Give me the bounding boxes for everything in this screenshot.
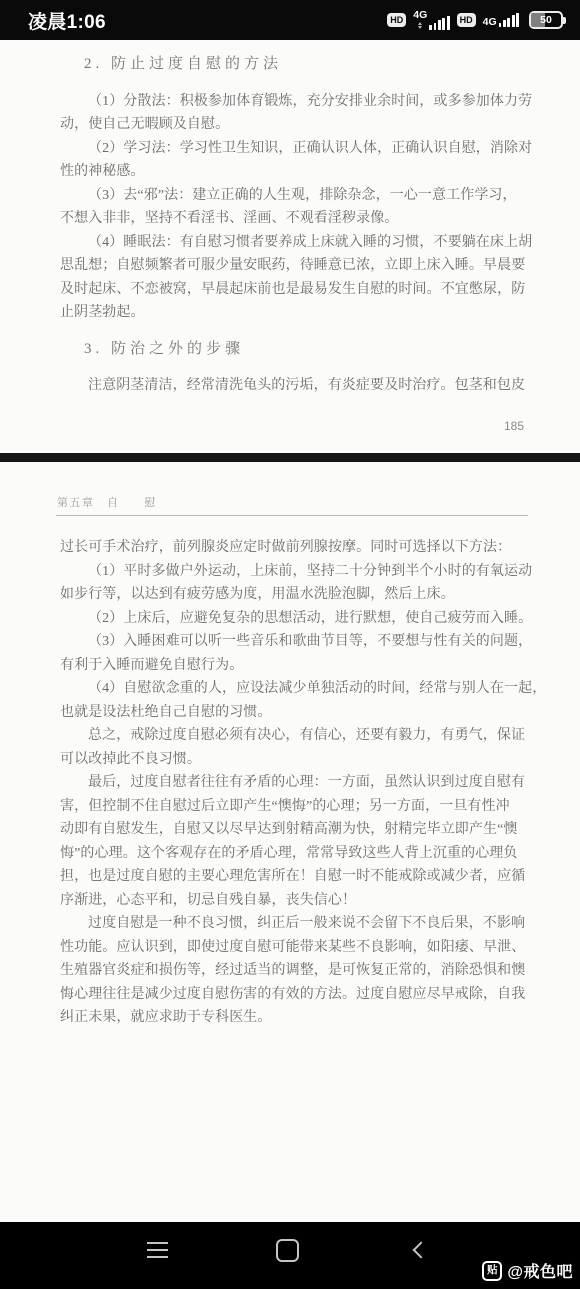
text-line: 性的神秘感。 bbox=[60, 160, 524, 184]
menu-button[interactable] bbox=[127, 1224, 187, 1276]
text-line: 过度自慰是一种不良习惯，纠正后一般来说不会留下不良后果，不影响 bbox=[60, 912, 524, 936]
text-line: 注意阴茎清洁，经常清洗龟头的污垢，有炎症要及时治疗。包茎和包皮 bbox=[60, 374, 524, 398]
signal-bars-icon-sim2 bbox=[499, 13, 519, 27]
text-line: 性功能。应认识到，即使过度自慰可能带来某些不良影响，如阳痿、早泄、 bbox=[60, 936, 524, 960]
status-bar: 凌晨1:06 HD 4G HD 4G 50 bbox=[0, 0, 580, 40]
text-line: 可以改掉此不良习惯。 bbox=[60, 748, 524, 772]
battery-nub bbox=[563, 17, 566, 24]
text-line: 纠正未果，就应求助于专科医生。 bbox=[60, 1006, 524, 1030]
text-line: （1）平时多做户外运动，上床前，坚持二十分钟到半个小时的有氧运动 bbox=[60, 560, 524, 584]
watermark-text: @戒色吧 bbox=[507, 1259, 573, 1282]
signal-bars-icon-sim1 bbox=[429, 16, 449, 30]
text-line: 悔”的心理。这个客观存在的矛盾心理，常常导致这些人背上沉重的心理负 bbox=[60, 842, 524, 866]
text-line: （2）学习法：学习性卫生知识，正确认识人体，正确认识自慰，消除对 bbox=[60, 137, 524, 161]
book-page-1[interactable]: 2. 防止过度自慰的方法（1）分散法：积极参加体育锻炼，充分安排业余时间，或多参… bbox=[0, 40, 580, 453]
text-line: 过长可手术治疗，前列腺炎应定时做前列腺按摩。同时可选择以下方法： bbox=[60, 536, 524, 560]
phone-screen: 凌晨1:06 HD 4G HD 4G 50 bbox=[0, 0, 580, 1289]
text-line: （3）去“邪”法：建立正确的人生观，排除杂念，一心一意工作学习， bbox=[60, 184, 524, 208]
hd-volte-icon-sim2: HD bbox=[457, 13, 476, 27]
text-line: 最后，过度自慰者往往有矛盾的心理：一方面，虽然认识到过度自慰有 bbox=[60, 771, 524, 795]
hd-volte-icon-sim1: HD bbox=[387, 13, 406, 27]
text-line: 思乱想；自慰频繁者可服少量安眠药，待睡意已浓，立即上床入睡。早晨要 bbox=[60, 254, 524, 278]
home-button[interactable] bbox=[257, 1224, 317, 1276]
page-divider bbox=[0, 453, 580, 462]
status-time: 凌晨1:06 bbox=[28, 7, 106, 34]
network-type-label-sim2: 4G bbox=[483, 17, 497, 28]
text-line: 也就是设法杜绝自己自慰的习惯。 bbox=[60, 701, 524, 725]
text-line: 如步行等，以达到有疲劳感为度，用温水洗脸泡脚，然后上床。 bbox=[60, 583, 524, 607]
battery-icon: 50 bbox=[529, 11, 563, 29]
text-line: 害，但控制不住自慰过后立即产生“懊悔”的心理；另一方面，一旦有性冲 bbox=[60, 795, 524, 819]
text-line: 及时起床、不恋被窝，早晨起床前也是最易发生自慰的时间。不宜憋尿，防 bbox=[60, 278, 524, 302]
page-number: 185 bbox=[504, 419, 524, 433]
text-line: （1）分散法：积极参加体育锻炼，充分安排业余时间，或多参加体力劳 bbox=[60, 90, 524, 114]
text-line: 2. 防止过度自慰的方法 bbox=[60, 53, 524, 77]
watermark: 贴 @戒色吧 bbox=[482, 1259, 573, 1282]
data-activity-arrows-icon bbox=[418, 22, 422, 30]
navigation-bar: 贴 @戒色吧 bbox=[0, 1222, 580, 1289]
text-line: （3）入睡困难可以听一些音乐和歌曲节目等，不要想与性有关的问题， bbox=[60, 630, 524, 654]
back-button[interactable] bbox=[389, 1224, 449, 1276]
text-line: 序渐进，心态平和，切忌自残自暴，丧失信心！ bbox=[60, 889, 524, 913]
page2-body: 过长可手术治疗，前列腺炎应定时做前列腺按摩。同时可选择以下方法：（1）平时多做户… bbox=[60, 536, 524, 1030]
text-line: 止阴茎勃起。 bbox=[60, 301, 524, 325]
network-type-label-sim1: 4G bbox=[413, 10, 427, 21]
book-page-2[interactable]: 第五章 自 慰 过长可手术治疗，前列腺炎应定时做前列腺按摩。同时可选择以下方法：… bbox=[0, 462, 580, 1222]
back-chevron-icon bbox=[413, 1242, 430, 1259]
text-line: （4）自慰欲念重的人，应设法减少单独活动的时间，经常与别人在一起， bbox=[60, 677, 524, 701]
home-icon bbox=[276, 1239, 299, 1262]
text-line: （4）睡眠法：有自慰习惯者要养成上床就入睡的习惯，不要躺在床上胡 bbox=[60, 231, 524, 255]
text-line: 不想入非非，坚持不看淫书、淫画、不观看淫秽录像。 bbox=[60, 207, 524, 231]
text-line: 悔心理往往是减少过度自慰伤害的有效的方法。过度自慰应尽早戒除，自我 bbox=[60, 983, 524, 1007]
battery-percent: 50 bbox=[540, 15, 552, 26]
text-line: 动，使自己无暇顾及自慰。 bbox=[60, 113, 524, 137]
chapter-header: 第五章 自 慰 bbox=[57, 496, 524, 510]
menu-icon bbox=[147, 1249, 168, 1251]
text-line: 担，也是过度自慰的主要心理危害所在！自慰一时不能戒除或减少者，应循 bbox=[60, 865, 524, 889]
tieba-icon: 贴 bbox=[482, 1261, 502, 1281]
status-icons: HD 4G HD 4G 50 bbox=[387, 10, 568, 30]
text-line: 动即有自慰发生，自慰又以尽早达到射精高潮为快，射精完毕立即产生“懊 bbox=[60, 818, 524, 842]
text-line: 3. 防治之外的步骤 bbox=[60, 338, 524, 362]
text-line: 生殖器官炎症和损伤等，经过适当的调整，是可恢复正常的，消除恐惧和懊 bbox=[60, 959, 524, 983]
network-sim1: 4G bbox=[413, 10, 449, 30]
chapter-header-rule bbox=[56, 515, 528, 516]
text-line: （2）上床后，应避免复杂的思想活动，进行默想，使自己疲劳而入睡。 bbox=[60, 607, 524, 631]
network-sim2: 4G bbox=[483, 13, 519, 27]
text-line: 有利于入睡而避免自慰行为。 bbox=[60, 654, 524, 678]
text-line: 总之，戒除过度自慰必须有决心，有信心，还要有毅力，有勇气，保证 bbox=[60, 724, 524, 748]
